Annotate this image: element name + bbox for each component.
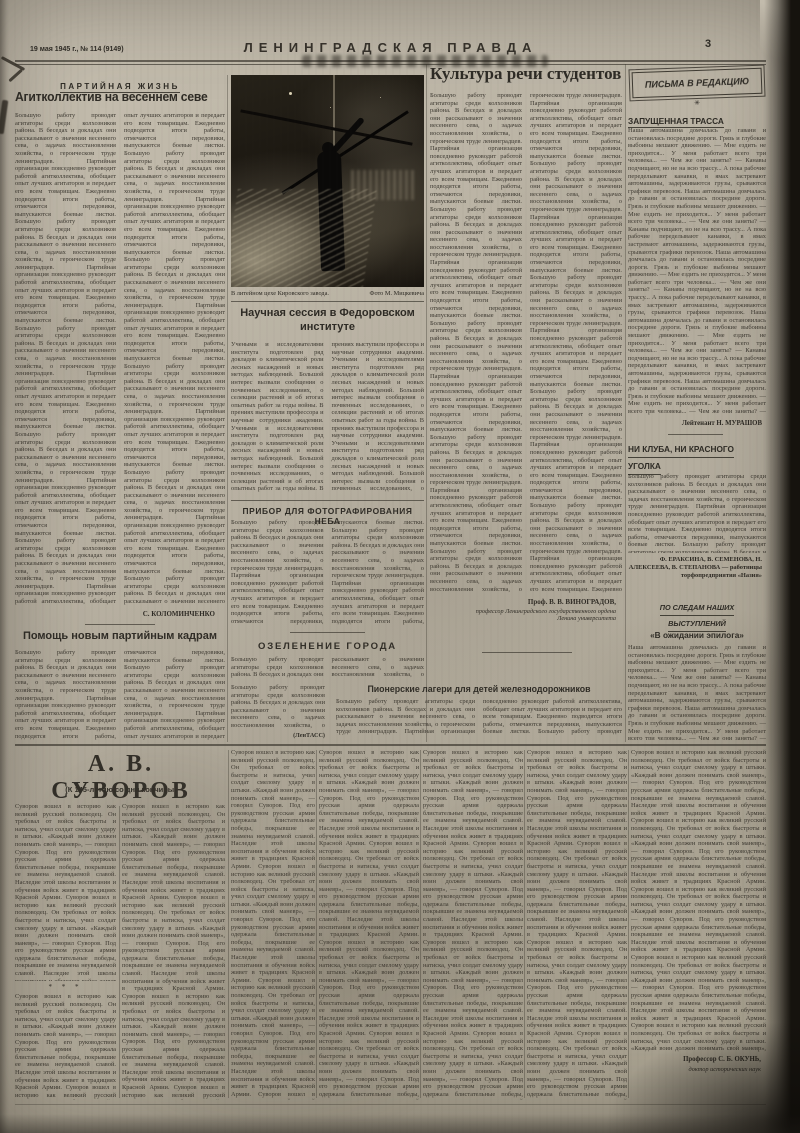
pioneer-camps-headline: Пионерские лагери для детей железнодорож… [336, 684, 622, 694]
column-rule [228, 750, 229, 1098]
photo-caption: В литейном цехе Кировского завода. [231, 290, 329, 297]
pioneer-camps-body: Большую работу проводят агитаторы среди … [336, 698, 622, 741]
masthead-title: ЛЕНИНГРАДСКАЯ ПРАВДА [15, 40, 766, 55]
masthead-page-number: 3 [688, 38, 728, 50]
science-session-body: Учеными и исследователями института подг… [231, 341, 424, 496]
letter2-body: Большую работу проводят агитаторы среди … [628, 473, 766, 553]
suvorov-col3-body: Суворов вошел в историю как великий русс… [231, 749, 315, 1100]
scan-edge-right [764, 0, 800, 1133]
column-rule [420, 750, 421, 1098]
section-rule [15, 744, 766, 746]
photo-crowd-haze [351, 170, 417, 200]
foundry-photo [231, 75, 424, 287]
photo-sparks [289, 92, 292, 95]
party-life-signature: С. КОЛОМИНЧЕНКО [15, 610, 215, 618]
science-session-headline: Научная сессия в Федоровском институте [231, 306, 424, 334]
followup-body: Наша автомашина домчалась до гавани и ос… [628, 644, 766, 740]
scan-edge-left [0, 0, 8, 1133]
letter1-signature: Лейтенант Н. МУРАШОВ [628, 420, 762, 427]
column-rule [316, 750, 317, 1098]
suvorov-col2-body: Суворов вошел в историю как великий русс… [122, 803, 225, 1100]
divider [85, 624, 155, 625]
column-rule [625, 64, 626, 742]
speech-culture-signature: Проф. В. В. ВИНОГРАДОВ, [430, 598, 616, 606]
scan-edge-bottom [0, 1114, 800, 1133]
speech-culture-headline: Культура речи студентов [430, 64, 623, 84]
divider [231, 301, 424, 302]
party-cadres-body: Большую работу проводят агитаторы среди … [15, 649, 225, 741]
greening-body: Большую работу проводят агитаторы среди … [231, 656, 424, 682]
column-rule [426, 64, 427, 742]
speech-culture-signature-title: профессор Ленинградского государственног… [466, 608, 616, 622]
divider [290, 632, 365, 633]
letter2-signature: Ф. ЕРАКСИНА, В. СЕМЕНОВА, Н. АЛЕКСЕЕВА, … [628, 556, 762, 580]
suvorov-headline: А. В. СУВОРОВ [15, 751, 227, 805]
letters-box: ПИСЬМА В РЕДАКЦИЮ [632, 68, 763, 99]
suvorov-subtitle: (К 145-летию со дня кончины) [15, 785, 227, 794]
photo-molten-streaks [231, 189, 377, 287]
column-rule [227, 75, 228, 742]
letters-box-title: ПИСЬМА В РЕДАКЦИЮ [645, 76, 749, 90]
divider [231, 500, 424, 501]
followup-kicker: ПО СЛЕДАМ НАШИХ ВЫСТУПЛЕНИЙ [628, 600, 766, 632]
greening-body-cont: Большую работу проводят агитаторы среди … [231, 684, 325, 732]
suvorov-col4-body: Суворов вошел в историю как великий русс… [319, 749, 419, 1100]
divider [668, 434, 723, 435]
greening-tass: (ЛенТАСС) [231, 732, 325, 739]
sky-device-body: Большую работу проводят агитаторы среди … [231, 519, 424, 626]
photo-beam [240, 109, 412, 145]
newspaper-page: 19 мая 1945 г., № 114 (9149) ЛЕНИНГРАДСК… [0, 0, 800, 1133]
suvorov-col5-body: Суворов вошел в историю как великий русс… [423, 749, 523, 1100]
greening-headline: ОЗЕЛЕНЕНИЕ ГОРОДА [231, 641, 424, 652]
suvorov-col1-body-cont: Суворов вошел в историю как великий русс… [15, 993, 116, 1100]
column-rule [524, 750, 525, 1098]
star-ornament: ✳ [628, 99, 766, 107]
column-rule [119, 806, 120, 1098]
followup-headline: «В ожидании эпилога» [628, 630, 766, 640]
suvorov-col1-body: Суворов вошел в историю как великий русс… [15, 803, 116, 981]
speech-culture-body: Большую работу проводят агитаторы среди … [430, 92, 622, 596]
suvorov-col7-body: Суворов вошел в историю как великий русс… [631, 749, 766, 1052]
party-life-body: Большую работу проводят агитаторы среди … [15, 112, 225, 608]
party-cadres-headline: Помощь новым партийным кадрам [15, 630, 225, 642]
party-life-headline: Агитколлектив на весеннем севе [15, 90, 226, 104]
divider [482, 652, 572, 653]
photo-credit: Фото М. Мицкевича [369, 290, 424, 297]
letter2-title-line1: НИ КЛУБА, НИ КРАСНОГО [628, 442, 734, 458]
photo-caption-row: В литейном цехе Кировского завода. Фото … [231, 290, 424, 297]
asterisk-divider: * * * [15, 983, 116, 991]
letter2-title-wrap: НИ КЛУБА, НИ КРАСНОГО УГОЛКА [628, 441, 766, 475]
letter1-body: Наша автомашина домчалась до гавани и ос… [628, 127, 766, 417]
